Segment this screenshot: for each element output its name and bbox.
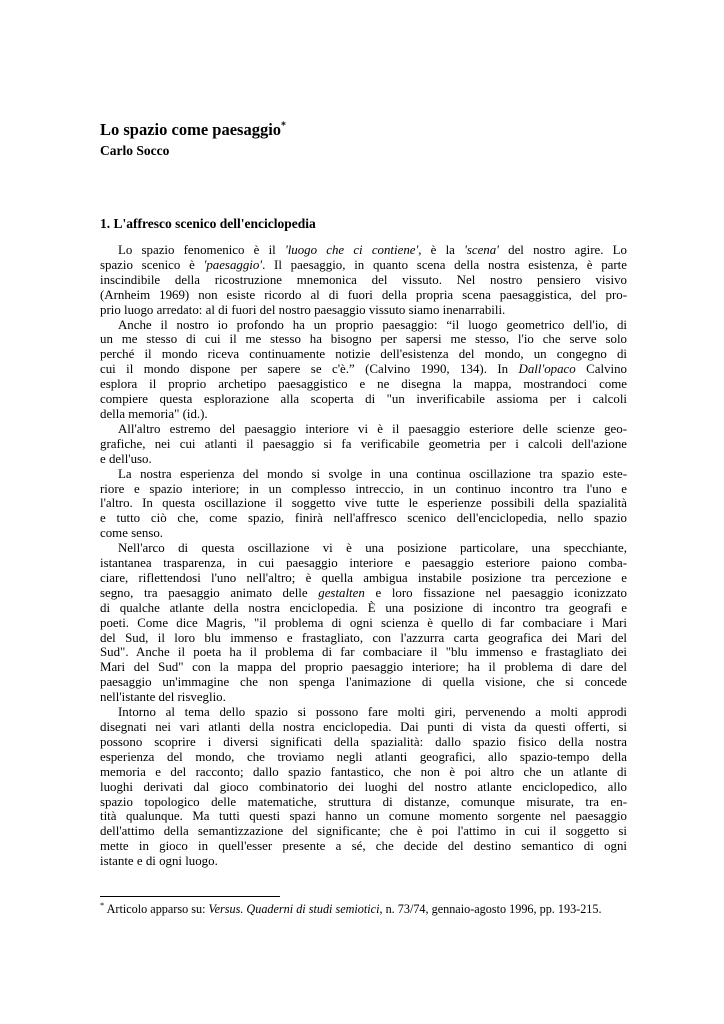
text-line: prio luogo arredato: al di fuori del nos… (100, 303, 627, 318)
italic-run: 'paesaggio' (204, 258, 263, 272)
page-title: Lo spazio come paesaggio* (100, 120, 627, 140)
footnote: * Articolo apparso su: Versus. Quaderni … (100, 902, 627, 917)
paragraph: La nostra esperienza del mondo si svolge… (100, 467, 627, 542)
text-line: spazio scenico è 'paesaggio'. Il paesagg… (100, 258, 627, 273)
paragraph: Intorno al tema dello spazio si possono … (100, 705, 627, 869)
text-line: perché il mondo riceva continuamente not… (100, 347, 627, 362)
text-line: possono scoprire i diversi significati d… (100, 735, 627, 750)
document-page: Lo spazio come paesaggio* Carlo Socco 1.… (0, 0, 724, 1024)
italic-run: Versus. Quaderni di studi semiotici (209, 902, 380, 916)
paragraph: All'altro estremo del paesaggio interior… (100, 422, 627, 467)
footnote-text: Articolo apparso su: Versus. Quaderni di… (104, 902, 601, 916)
text-line: della memoria" (id.). (100, 407, 627, 422)
text-line: mette in gioco in quell'esser presente a… (100, 839, 627, 854)
text-line: esperienza del mondo, che troviamo negli… (100, 750, 627, 765)
text-line: un me stesso di cui il me stesso ha biso… (100, 332, 627, 347)
text-line: nell'istante del risveglio. (100, 690, 627, 705)
paragraph: Anche il nostro io profondo ha un propri… (100, 318, 627, 422)
text-line: del Sud, il loro blu immenso e frastagli… (100, 631, 627, 646)
text-line: poeti. Come dice Magris, "il problema di… (100, 616, 627, 631)
text-line: disegnati nei vari atlanti della nostra … (100, 720, 627, 735)
text-line: compiere questa esplorazione alla scoper… (100, 392, 627, 407)
text-line: l'altro. In questa oscillazione il sogge… (100, 496, 627, 511)
text-line: paesaggio un'immagine che non spenga l'a… (100, 675, 627, 690)
text-line: Nell'arco di questa oscillazione vi è un… (100, 541, 627, 556)
text-line: ciare, riflettendosi l'uno nell'altro; è… (100, 571, 627, 586)
text-line: come senso. (100, 526, 627, 541)
text-line: luoghi derivati dal gioco combinatorio d… (100, 780, 627, 795)
text-line: Intorno al tema dello spazio si possono … (100, 705, 627, 720)
text-line: di qualche atlante della nostra enciclop… (100, 601, 627, 616)
page-footer: * Articolo apparso su: Versus. Quaderni … (100, 896, 627, 917)
text-line: istante e di ogni luogo. (100, 854, 627, 869)
text-line: esplora il proprio archetipo paesaggisti… (100, 377, 627, 392)
text-line: Anche il nostro io profondo ha un propri… (100, 318, 627, 333)
text-line: dell'attimo della semantizzazione del si… (100, 824, 627, 839)
text-line: spazio topologico delle matematiche, str… (100, 795, 627, 810)
title-footnote-marker: * (281, 121, 286, 132)
text-line: istantanea trasparenza, in cui paesaggio… (100, 556, 627, 571)
text-line: segno, tra paesaggio animato delle gesta… (100, 586, 627, 601)
text-line: inscindibile della ricostruzione mnemoni… (100, 273, 627, 288)
text-line: Lo spazio fenomenico è il 'luogo che ci … (100, 243, 627, 258)
text-line: grafiche, nei cui atlanti il paesaggio s… (100, 437, 627, 452)
text-line: cui il mondo dispone per sapere se c'è.”… (100, 362, 627, 377)
italic-run: gestalten (318, 586, 365, 600)
page-title-text: Lo spazio come paesaggio (100, 120, 281, 139)
text-line: Mari del Sud" con la mappa del proprio p… (100, 660, 627, 675)
text-line: La nostra esperienza del mondo si svolge… (100, 467, 627, 482)
text-line: riore e spazio interiore; in un compless… (100, 482, 627, 497)
italic-run: 'luogo che ci contiene' (285, 243, 418, 257)
text-line: tità qualunque. Ma tutti questi spazi ha… (100, 809, 627, 824)
italic-run: 'scena' (464, 243, 499, 257)
text-line: All'altro estremo del paesaggio interior… (100, 422, 627, 437)
body-text: Lo spazio fenomenico è il 'luogo che ci … (100, 243, 627, 869)
text-line: e dell'uso. (100, 452, 627, 467)
footnote-separator (100, 896, 280, 897)
text-line: memoria e del racconto; dallo spazio fan… (100, 765, 627, 780)
text-line: Sud". Anche il poeta ha il problema di f… (100, 645, 627, 660)
section-heading: 1. L'affresco scenico dell'enciclopedia (100, 216, 627, 232)
author: Carlo Socco (100, 143, 627, 159)
paragraph: Nell'arco di questa oscillazione vi è un… (100, 541, 627, 705)
text-line: e tutto ciò che, come spazio, finirà nel… (100, 511, 627, 526)
paragraph: Lo spazio fenomenico è il 'luogo che ci … (100, 243, 627, 318)
text-line: (Arnheim 1969) non esiste ricordo al di … (100, 288, 627, 303)
italic-run: Dall'opaco (519, 362, 576, 376)
